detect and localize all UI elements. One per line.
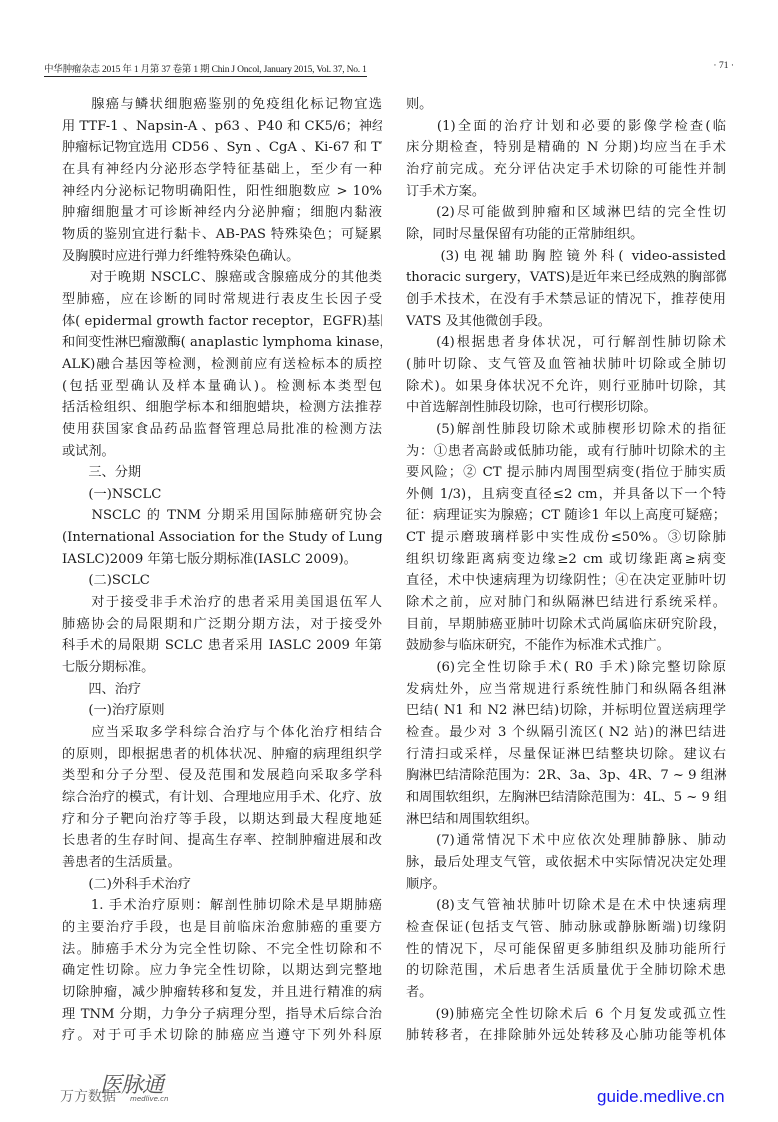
text-line: CT 提示磨玻璃样影中实性成份≤50%。③切除肺 [406,527,726,549]
text-line: 为：①患者高龄或低肺功能，或有行肺叶切除术的主 [406,441,726,463]
text-line: (包括亚型确认及样本量确认)。检测标本类型包 [62,376,382,398]
text-line: 及胸膜时应进行弹力纤维特殊染色确认。 [62,246,382,268]
left-text-column: 腺癌与鳞状细胞癌鉴别的免疫组化标记物宜选用 TTF-1 、Napsin-A 、p… [62,94,382,1047]
guide-watermark-link[interactable]: guide.medlive.cn [597,1087,725,1107]
right-text-column: 则。 (1)全面的治疗计划和必要的影像学检查(临床分期检查，特别是精确的 N 分… [406,94,726,1047]
text-line: 理 TNM 分期，力争分子病理分型，指导术后综合治 [62,1004,382,1026]
text-line: 四、治疗 [62,679,382,701]
text-line: 巴结( N1 和 N2 淋巴结)切除，并标明位置送病理学 [406,700,726,722]
text-line: 体( epidermal growth factor receptor，EGFR… [62,311,382,333]
text-line: 或试剂。 [62,441,382,463]
text-line: (7)通常情况下术中应依次处理肺静脉、肺动 [406,830,726,852]
text-line: NSCLC 的 TNM 分期采用国际肺癌研究协会 [62,505,382,527]
text-line: 订手术方案。 [406,181,726,203]
text-line: VATS 及其他微创手段。 [406,311,726,333]
text-line: 除，同时尽量保留有功能的正常肺组织。 [406,224,726,246]
text-line: (6)完全性切除手术( R0 手术)除完整切除原 [406,657,726,679]
text-line: 创手术技术，在没有手术禁忌证的情况下，推荐使用 [406,289,726,311]
text-line: 肺癌协会的局限期和广泛期分期方法，对于接受外 [62,614,382,636]
text-line: 应当采取多学科综合治疗与个体化治疗相结合 [62,722,382,744]
text-line: 除术)。如果身体状况不允许，则行亚肺叶切除，其 [406,376,726,398]
text-line: 和间变性淋巴瘤激酶( anaplastic lymphoma kinase， [62,332,382,354]
text-line: (1)全面的治疗计划和必要的影像学检查(临 [406,116,726,138]
text-line: 除术之前，应对肺门和纵隔淋巴结进行系统采样。 [406,592,726,614]
text-line: 法。肺癌手术分为完全性切除、不完全性切除和不 [62,939,382,961]
text-line: 用 TTF-1 、Napsin-A 、p63 、P40 和 CK5/6；神经内分… [62,116,382,138]
text-line: 疗。对于可手术切除的肺癌应当遵守下列外科原 [62,1025,382,1047]
text-line: 外侧 1/3)，且病变直径≤2 cm，并具备以下一个特 [406,484,726,506]
text-line: 直径，术中快速病理为切缘阴性；④在决定亚肺叶切 [406,570,726,592]
text-line: ALK)融合基因等检测，检测前应有送检标本的质控 [62,354,382,376]
text-line: 使用获国家食品药品监督管理总局批准的检测方法 [62,419,382,441]
text-line: (二)SCLC [62,570,382,592]
medlive-logo: 万方数据 医脉通 medlive.cn [60,1068,190,1108]
text-line: (二)外科手术治疗 [62,874,382,896]
text-line: (5)解剖性肺段切除术或肺楔形切除术的指征 [406,419,726,441]
text-line: 肿瘤标记物宜选用 CD56 、Syn 、CgA 、Ki-67 和 TTF-1， [62,137,382,159]
text-line: 长患者的生存时间、提高生存率、控制肿瘤进展和改 [62,830,382,852]
text-line: 物质的鉴别宜进行黏卡、AB-PAS 特殊染色；可疑累 [62,224,382,246]
text-line: 检查保证(包括支气管、肺动脉或静脉断端)切缘阴 [406,917,726,939]
text-line: 发病灶外，应当常规进行系统性肺门和纵隔各组淋 [406,679,726,701]
text-line: 确定性切除。应力争完全性切除，以期达到完整地 [62,960,382,982]
text-line: IASLC)2009 年第七版分期标准(IASLC 2009)。 [62,549,382,571]
text-line: 切除肿瘤，减少肿瘤转移和复发，并且进行精准的病 [62,982,382,1004]
text-line: 淋巴结和周围软组织。 [406,809,726,831]
text-line: 腺癌与鳞状细胞癌鉴别的免疫组化标记物宜选 [62,94,382,116]
text-line: (4)根据患者身体状况，可行解剖性肺切除术 [406,332,726,354]
text-line: 括活检组织、细胞学标本和细胞蜡块，检测方法推荐 [62,397,382,419]
text-line: (8)支气管袖状肺叶切除术是在术中快速病理 [406,895,726,917]
text-line: 则。 [406,94,726,116]
text-line: 1. 手术治疗原则：解剖性肺切除术是早期肺癌 [62,895,382,917]
text-line: 型肺癌，应在诊断的同时常规进行表皮生长因子受 [62,289,382,311]
text-line: 肿瘤细胞量才可诊断神经内分泌肿瘤；细胞内黏液 [62,202,382,224]
text-line: 治疗前完成。充分评估决定手术切除的可能性并制 [406,159,726,181]
text-line: 和周围软组织，左胸淋巴结清除范围为：4L、5 ~ 9 组 [406,787,726,809]
text-line: 胸淋巴结清除范围为：2R、3a、3p、4R、7 ~ 9 组淋巴结 [406,765,726,787]
text-line: 组织切缘距离病变边缘≥2 cm 或切缘距离≥病变 [406,549,726,571]
text-line: 的切除范围，术后患者生活质量优于全肺切除术患 [406,960,726,982]
text-line: 疗和分子靶向治疗等手段，以期达到最大程度地延 [62,809,382,831]
text-line: 鼓励参与临床研究，不能作为标准术式推广。 [406,635,726,657]
text-line: (2)尽可能做到肿瘤和区域淋巴结的完全性切 [406,202,726,224]
text-line: 中首选解剖性肺段切除，也可行楔形切除。 [406,397,726,419]
journal-citation: 中华肿瘤杂志 2015 年 1 月第 37 卷第 1 期 Chin J Onco… [44,61,367,77]
text-line: (一)治疗原则 [62,700,382,722]
text-line: 在具有神经内分泌形态学特征基础上，至少有一种 [62,159,382,181]
text-line: 顺序。 [406,874,726,896]
text-line: 七版分期标准。 [62,657,382,679]
text-line: 科手术的局限期 SCLC 患者采用 IASLC 2009 年第 [62,635,382,657]
text-line: 要风险；② CT 提示肺内周围型病变(指位于肺实质 [406,462,726,484]
text-line: thoracic surgery，VATS)是近年来已经成熟的胸部微 [406,267,726,289]
text-line: 类型和分子分型、侵及范围和发展趋向采取多学科 [62,765,382,787]
text-line: 对于接受非手术治疗的患者采用美国退伍军人 [62,592,382,614]
medlive-logo-subtext: medlive.cn [130,1095,168,1103]
text-line: 检查。最少对 3 个纵隔引流区( N2 站)的淋巴结进 [406,722,726,744]
text-line: 三、分期 [62,462,382,484]
text-line: 综合治疗的模式，有计划、合理地应用手术、化疗、放 [62,787,382,809]
text-line: 的原则，即根据患者的机体状况、肿瘤的病理组织学 [62,744,382,766]
text-line: (International Association for the Study… [62,527,382,549]
text-line: 对于晚期 NSCLC、腺癌或含腺癌成分的其他类 [62,267,382,289]
text-line: 行清扫或采样，尽量保证淋巴结整块切除。建议右 [406,744,726,766]
text-line: (肺叶切除、支气管及血管袖状肺叶切除或全肺切 [406,354,726,376]
text-line: 脉，最后处理支气管，或依据术中实际情况决定处理 [406,852,726,874]
text-line: 善患者的生活质量。 [62,852,382,874]
text-line: 神经内分泌标记物明确阳性，阳性细胞数应 > 10% [62,181,382,203]
text-line: (3)电视辅助胸腔镜外科( video-assisted [406,246,726,268]
running-header: 中华肿瘤杂志 2015 年 1 月第 37 卷第 1 期 Chin J Onco… [44,61,734,77]
text-line: 性的情况下，尽可能保留更多肺组织及肺功能所行 [406,939,726,961]
text-line: 的主要治疗手段，也是目前临床治愈肺癌的重要方 [62,917,382,939]
text-line: 征：病理证实为腺癌；CT 随诊1 年以上高度可疑癌； [406,505,726,527]
text-line: (一)NSCLC [62,484,382,506]
text-line: (9)肺癌完全性切除术后 6 个月复发或孤立性 [406,1004,726,1026]
text-line: 目前，早期肺癌亚肺叶切除术式尚属临床研究阶段， [406,614,726,636]
page-number: · 71 · [713,61,734,71]
text-line: 床分期检查，特别是精确的 N 分期)均应当在手术 [406,137,726,159]
text-line: 肺转移者，在排除肺外远处转移及心肺功能等机体 [406,1025,726,1047]
text-line: 者。 [406,982,726,1004]
